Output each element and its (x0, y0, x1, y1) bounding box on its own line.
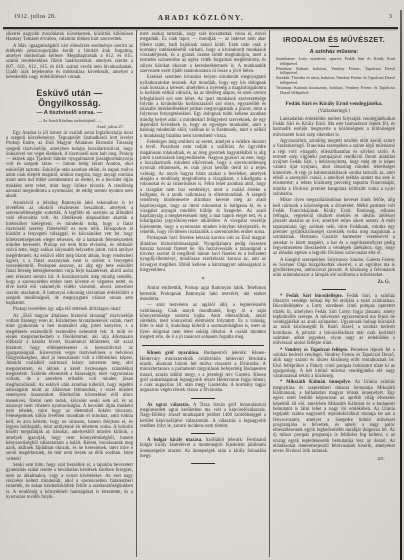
article-headline: Esküvő után — Öngyilkosság. (6, 88, 133, 108)
news-item: * Fedák Sári búcsúfellépte. Fedák Sári, … (273, 294, 395, 347)
paragraph: Felesleges még említeni az esetet, amely… (140, 140, 266, 235)
paragraph: Azonkívül a jelzálog Battonyán lakó roko… (6, 201, 133, 307)
paragraph: sikerrel nagyobb mozdulatok következtek,… (6, 32, 133, 43)
columns-container: sikerrel nagyobb mozdulatok következtek,… (3, 30, 398, 557)
paragraph: Prokop levelében így adja elő tettének á… (6, 307, 133, 312)
paragraph: Agyonzsúfolt, szinültig megtelt nézőtér … (273, 139, 395, 197)
news-item-lead: * Mikszáth Kálmán ünnepélye. (280, 380, 351, 385)
column-left: sikerrel nagyobb mozdulatok következtek,… (3, 30, 136, 557)
article-subhead: — A tisztviselő sorsa. — (6, 110, 133, 116)
page-number: 3 (389, 13, 392, 20)
program-entry: Vasárnap: Katonás kisasszony, bohózat, V… (273, 86, 395, 96)
column-middle: mert azokat tartották, hogy szét bocsátt… (136, 30, 270, 557)
news-item-text: Pénteken lépnek fel a színház kedvelt ve… (273, 348, 395, 379)
interview-quote: — amit testvérem az apjáról állít, a leg… (140, 303, 266, 340)
news-item-lead: Az ugrai választás. (147, 403, 190, 408)
news-item-lead: A bolgár király utazása. (147, 438, 202, 443)
masthead-rule (3, 27, 398, 29)
news-item-lead: * Fedák Sári búcsúfellépte. (280, 294, 343, 299)
scan-edge-artifact (400, 10, 402, 560)
paragraph: Egy Aradon is jól ismert úr családi sors… (6, 131, 133, 200)
news-item-lead: Khuen gróf nyaralása. (147, 351, 199, 356)
news-item: * Vendrey és Tapolczai fellépte. Pénteke… (273, 348, 395, 380)
paragraph: A kisegítő szerepekben Solymossy Sándor,… (273, 258, 395, 279)
news-item: * Mikszáth Kálmán ünnepélye. Az Uránia s… (273, 380, 395, 454)
article-byline: — Az Aradi Közlöny tudósítójától. — (6, 118, 133, 123)
news-item-lead: * Vendrey és Tapolczai fellépte. (280, 348, 348, 353)
dash-separator (322, 289, 346, 290)
article-divider-rule (142, 345, 264, 346)
news-item: Khuen gróf nyaralása. Budapestről jelent… (140, 351, 266, 393)
paragraph: Amint említettük, Prokop apja Battonyán … (140, 286, 266, 302)
article-dateline: Arad, julius 27. (6, 124, 133, 129)
news-item: A bolgár király utazása. Szófiából jelen… (140, 438, 266, 459)
newspaper-page: 1912. julius 28. ARADI KÖZLÖNY. 3 sikerr… (0, 0, 404, 560)
item-end-mark: 201. (273, 456, 395, 461)
paragraph: Mikor ilyen megszólalásokban keveset íru… (273, 198, 395, 256)
dash-separator (191, 398, 215, 399)
masthead-title: ARADI KÖZLÖNY. (8, 13, 394, 22)
page-header: 1912. julius 28. ARADI KÖZLÖNY. 3 (8, 13, 394, 25)
news-item: Az ugrai választás. A Tisza István gróf … (140, 403, 266, 429)
news-item-text: Budapestről jelentik: Khuen-Héderváry mi… (140, 351, 266, 393)
paragraph: Prokopnak havi fizetése kétszáz korona v… (140, 236, 266, 273)
paragraph: Lankadatlan érdeklődés mellett folytatjá… (273, 117, 395, 138)
dash-separator (191, 463, 215, 464)
news-item-text: Fedák Sári, a színház illusztris vendége… (273, 294, 395, 347)
paragraph: Ezekkel szemben hivatalos helyen mindenü… (140, 75, 266, 139)
paragraph: Senki sem hitte, hogy szót beszéltek el,… (6, 463, 133, 500)
paragraph: A Máv. igazgatóságától várt ellenőrzés e… (6, 44, 133, 81)
review-headline: Fedák Sári és Király Ernő vendégjátéka. (276, 101, 392, 107)
dash-separator (191, 433, 215, 434)
dash-separator (329, 46, 339, 47)
column-right: IRODALOM ÉS MŰVÉSZET. A színház műsora: … (270, 30, 398, 557)
paragraph: mert azokat tartották, hogy szét bocsátt… (140, 32, 266, 74)
news-item-text: Az Uránia színház megnyitása és szeptemb… (273, 380, 395, 454)
quoted-letter: Az „Első magyar általános biztosító társ… (6, 314, 133, 462)
reviewer-initials: Zs. G. (273, 280, 395, 285)
star-separator: * (140, 276, 266, 283)
theater-program-title: A színház műsora: (273, 49, 395, 55)
section-title: IRODALOM ÉS MŰVÉSZET. (273, 35, 395, 44)
review-subtitle: (Varázskeringő.) (273, 109, 395, 114)
